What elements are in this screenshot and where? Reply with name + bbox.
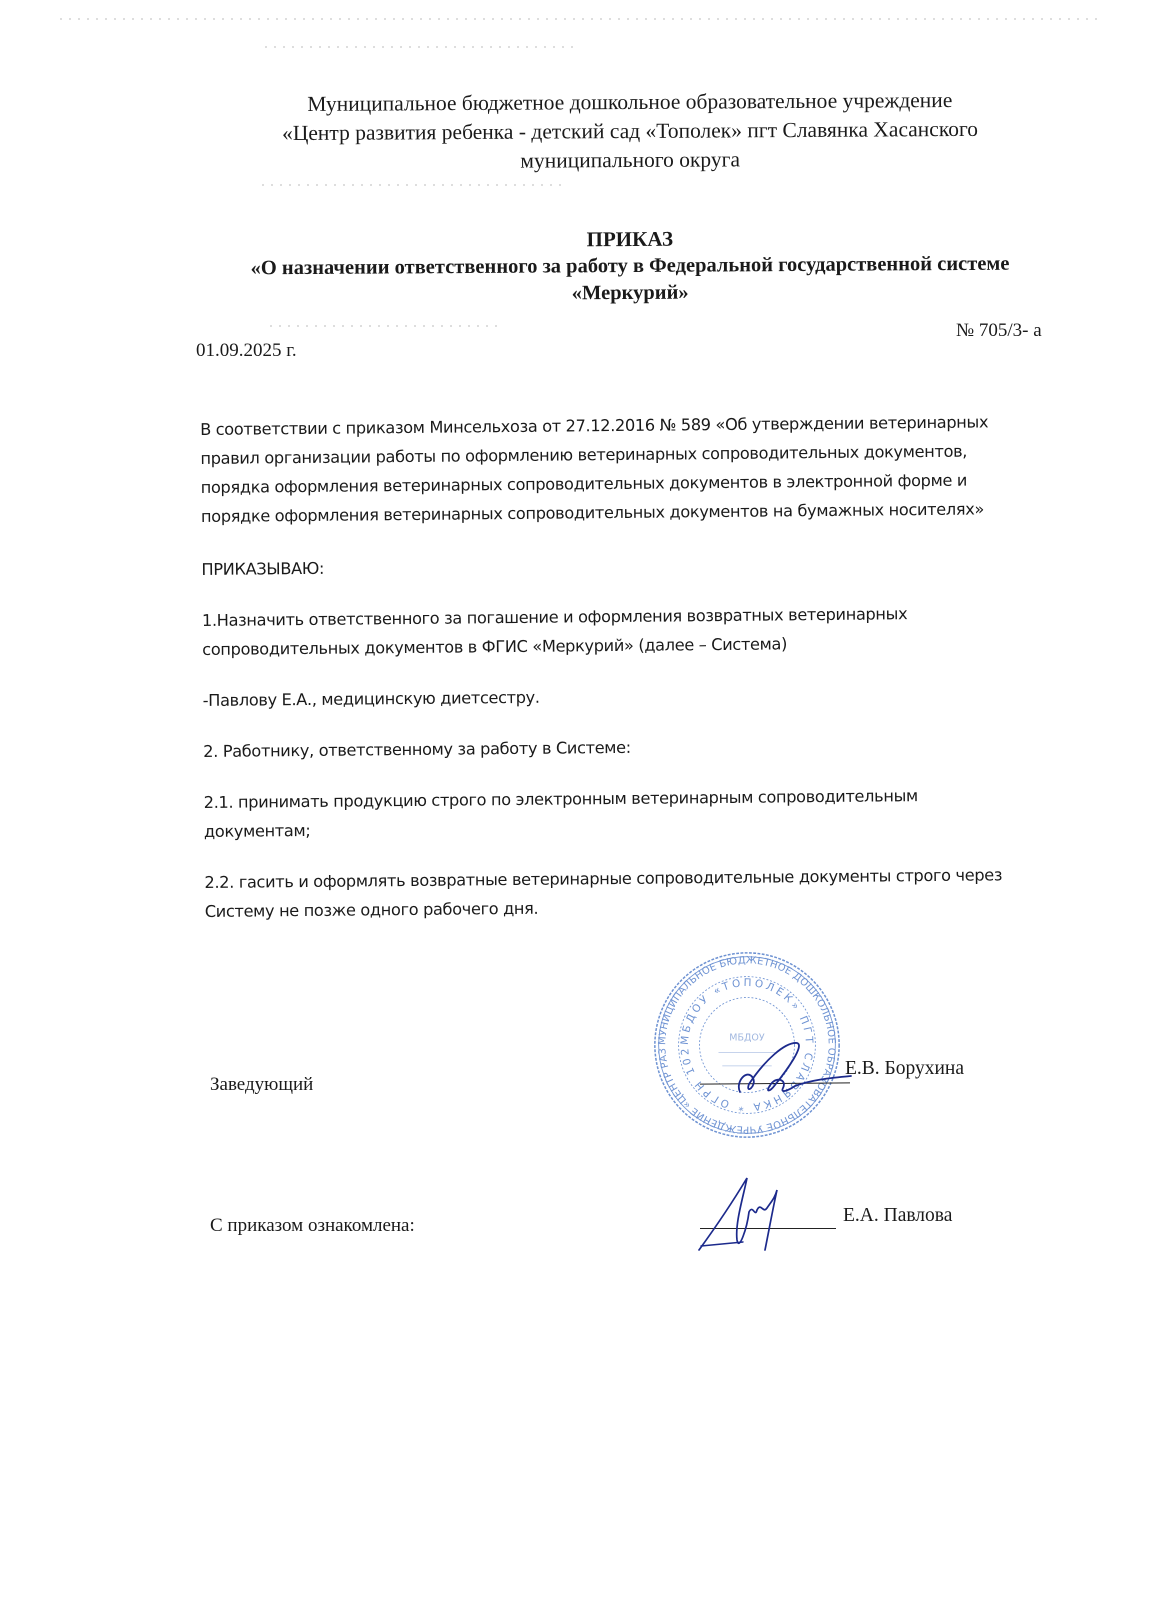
org-line-1: Муниципальное бюджетное дошкольное образ…: [240, 86, 1020, 120]
organization-header: Муниципальное бюджетное дошкольное образ…: [240, 86, 1021, 178]
org-line-3: муниципального округа: [240, 144, 1020, 178]
signature-ack-icon: [695, 1168, 815, 1253]
scan-noise: [262, 184, 562, 186]
scan-noise: [270, 325, 500, 327]
signature-line-ack: [700, 1228, 836, 1229]
scan-noise: [60, 18, 1100, 20]
document-page: Муниципальное бюджетное дошкольное образ…: [0, 0, 1164, 1600]
stamp-center-text: МБДОУ: [729, 1032, 765, 1043]
org-line-2: «Центр развития ребенка - детский сад «Т…: [240, 115, 1020, 149]
head-name: Е.В. Борухина: [845, 1058, 964, 1080]
acknowledgement-label: С приказом ознакомлена:: [210, 1215, 415, 1237]
official-stamp-icon: МУНИЦИПАЛЬНОЕ БЮДЖЕТНОЕ ДОШКОЛЬНОЕ ОБРАЗ…: [652, 950, 842, 1140]
order-number: № 705/3- а: [956, 320, 1042, 342]
order-title: ПРИКАЗ «О назначении ответственного за р…: [180, 223, 1080, 309]
head-role-label: Заведующий: [210, 1074, 313, 1096]
scan-noise: [265, 46, 575, 48]
acknowledged-name: Е.А. Павлова: [843, 1205, 952, 1227]
subject-line-1: «О назначении ответственного за работу в…: [180, 250, 1080, 282]
order-body: В соответствии с приказом Минсельхоза от…: [200, 407, 1085, 926]
order-date: 01.09.2025 г.: [196, 340, 297, 362]
subject-line-2: «Меркурий»: [180, 277, 1080, 309]
